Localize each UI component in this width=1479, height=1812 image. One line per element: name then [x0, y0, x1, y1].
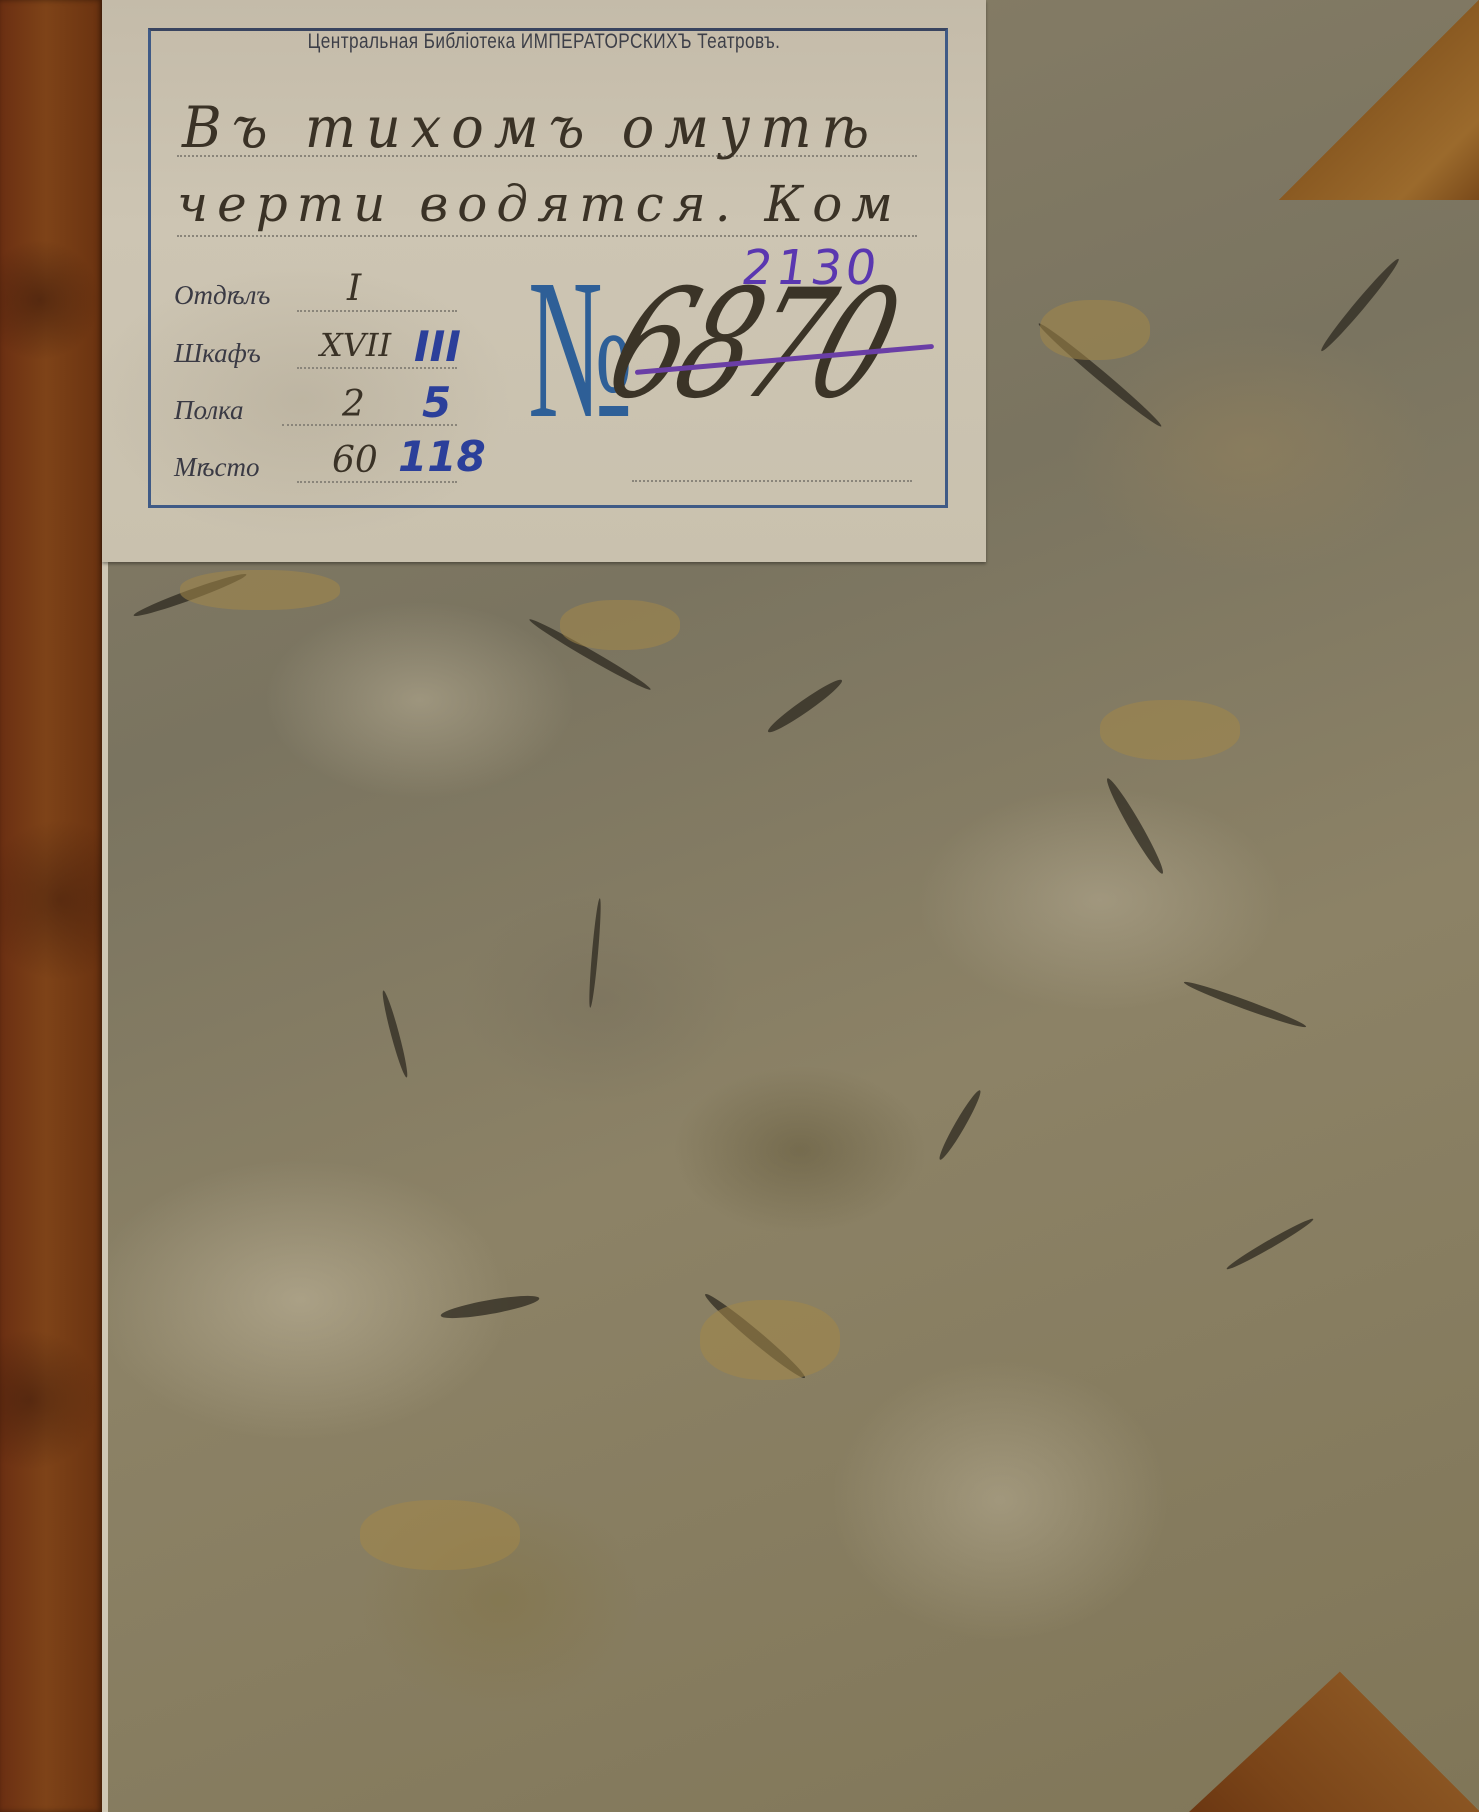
leather-spine [0, 0, 108, 1812]
marble-vein [440, 1291, 541, 1322]
marble-ochre-patch [180, 570, 340, 610]
field-new-value-mesto: 118 [398, 432, 486, 481]
field-rule [297, 481, 457, 483]
library-label: Центральная Библіотека ИМПЕРАТОРСКИХЪ Те… [102, 0, 986, 562]
field-value-shkaf: XVII [320, 326, 391, 364]
marble-ochre-patch [1100, 700, 1240, 760]
marble-ochre-patch [700, 1300, 840, 1380]
field-label-shkaf: Шкафъ [174, 338, 261, 369]
library-name: Центральная Библіотека ИМПЕРАТОРСКИХЪ Те… [182, 30, 907, 54]
handwritten-title-line2: черти водятся. Ком [177, 175, 902, 233]
leather-corner-top-right [1279, 0, 1479, 200]
marble-ochre-patch [1040, 300, 1150, 360]
field-new-value-polka: 5 [422, 378, 451, 427]
number-rule [632, 480, 912, 482]
handwritten-title-line1: Въ тихомъ омутѣ [182, 94, 879, 160]
field-value-otdel: I [347, 268, 361, 309]
marble-vein [936, 1088, 985, 1162]
field-value-mesto: 60 [332, 440, 378, 481]
marble-vein [1102, 775, 1167, 876]
marble-ochre-patch [560, 600, 680, 650]
marble-vein [765, 675, 846, 736]
title-rule [177, 235, 917, 237]
marble-vein [1182, 978, 1307, 1031]
marble-vein [379, 989, 410, 1078]
new-inventory-number: 2130 [738, 240, 884, 296]
marble-vein [1225, 1216, 1316, 1273]
marble-vein [587, 898, 603, 1008]
marble-ochre-patch [360, 1500, 520, 1570]
field-label-mesto: Мѣсто [174, 452, 259, 483]
field-label-otdel: Отдѣлъ [174, 280, 270, 311]
marble-vein [1318, 256, 1403, 354]
field-label-polka: Полка [174, 395, 244, 426]
field-rule [297, 310, 457, 312]
field-new-value-shkaf: III [414, 322, 461, 371]
field-value-polka: 2 [342, 384, 365, 425]
